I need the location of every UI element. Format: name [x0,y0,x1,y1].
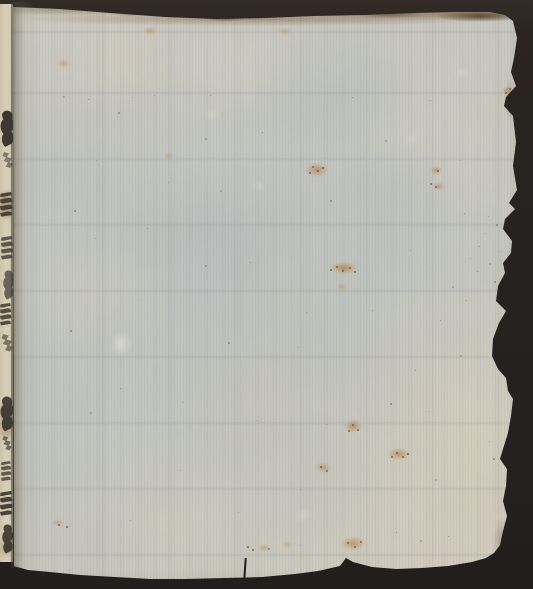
facing-page-edge [0,4,13,562]
blank-page [0,0,533,589]
ink-stroke-fragment [0,192,13,217]
ink-stroke-fragments-group [0,111,13,554]
ink-stroke-fragment [0,303,11,325]
ink-stroke-fragment [2,334,13,352]
ink-stroke-fragment [2,436,11,450]
edge-shading [0,0,533,589]
ink-stroke-fragment [0,491,13,516]
ink-stroke-fragment [1,111,13,147]
ink-stroke-fragment [3,152,14,168]
ink-stroke-fragment [1,397,13,432]
facing-page-ink-strokes [0,4,13,562]
ink-stroke-fragment [2,524,13,553]
ink-stroke-fragment [3,270,13,299]
manuscript-scan [0,0,533,589]
ink-stroke-fragment [1,461,11,481]
ink-stroke-fragment [1,236,13,260]
